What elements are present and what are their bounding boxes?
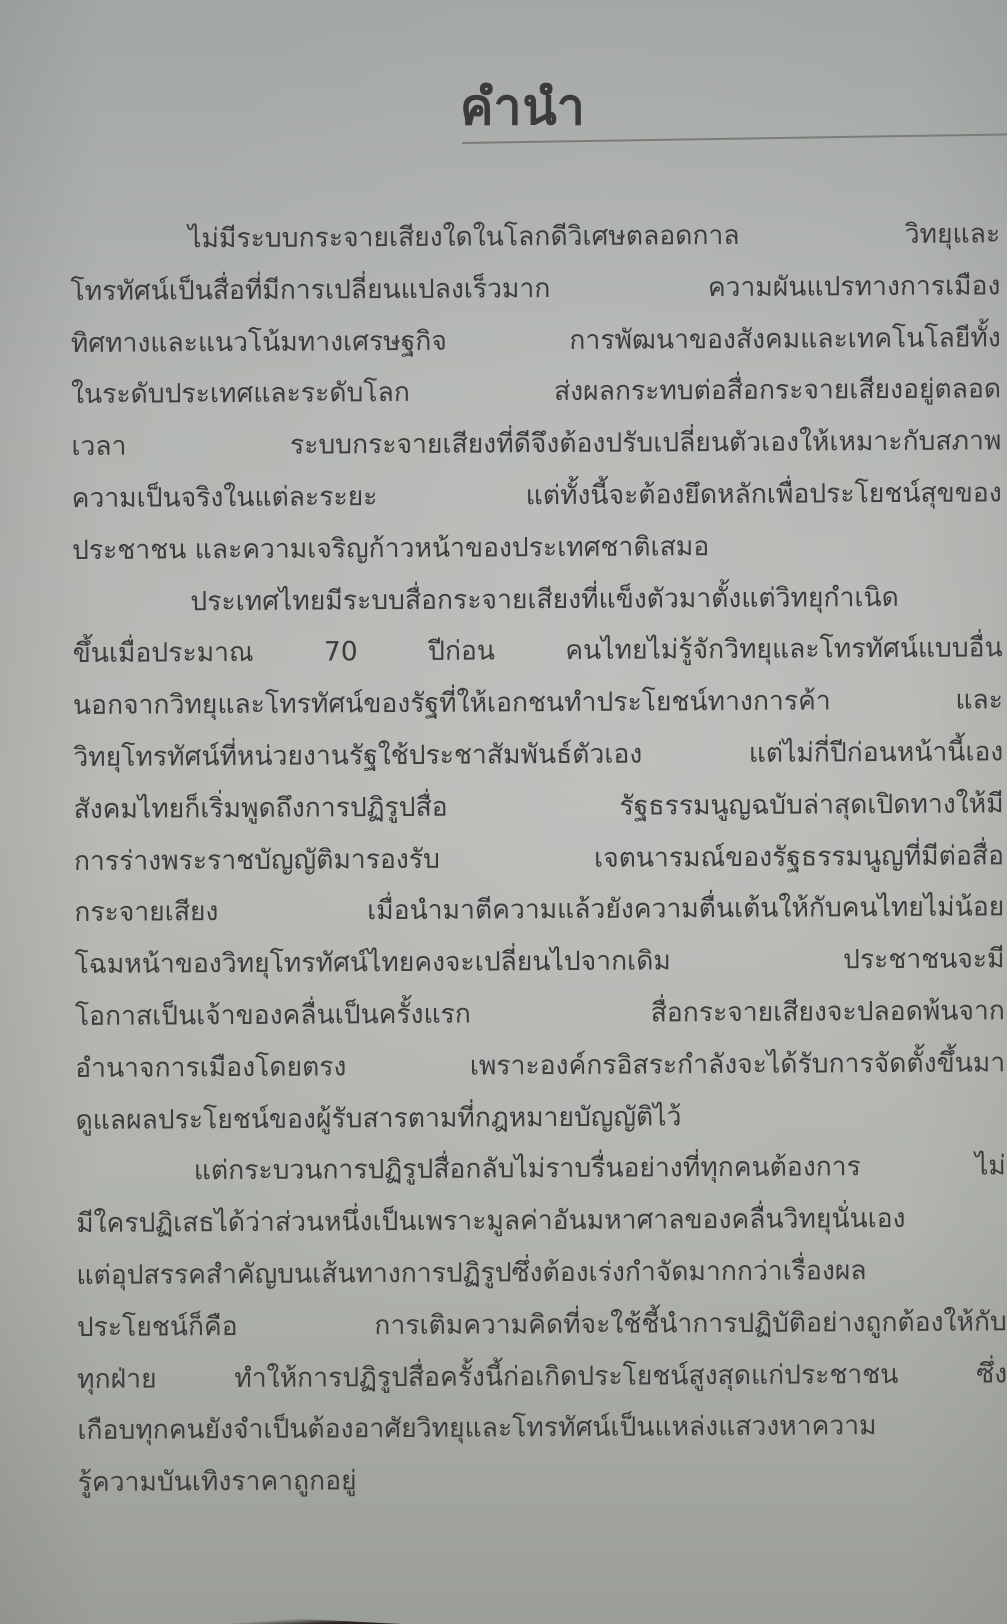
paragraph-2-line-5: สังคมไทยก็เริ่มพูดถึงการปฏิรูปสื่อ รัฐธร… <box>73 778 1003 835</box>
paragraph-2-line-11: ดูแลผลประโยชน์ของผู้รับสารตามที่กฎหมายบั… <box>75 1089 1005 1146</box>
paragraph-2-line-8: โฉมหน้าของวิทยุโทรทัศน์ไทยคงจะเปลี่ยนไปจ… <box>74 933 1004 990</box>
paragraph-3-line-1: แต่กระบวนการปฏิรูปสื่อกลับไม่ราบรื่นอย่า… <box>76 1141 1006 1198</box>
paragraph-2-line-9: โอกาสเป็นเจ้าของคลื่นเป็นครั้งแรก สื่อกร… <box>75 985 1005 1042</box>
paragraph-2-line-6: การร่างพระราชบัญญัติมารองรับ เจตนารมณ์ขอ… <box>74 830 1004 887</box>
paragraph-1-line-7: ประชาชน และความเจริญก้าวหน้าของประเทศชาต… <box>72 519 1002 576</box>
paragraph-1-line-1: ไม่มีระบบกระจายเสียงใดในโลกดีวิเศษตลอดกา… <box>70 208 1000 265</box>
paragraph-1-line-2: โทรทัศน์เป็นสื่อที่มีการเปลี่ยนแปลงเร็วม… <box>70 260 1000 317</box>
paragraph-1-line-5: เวลา ระบบกระจายเสียงที่ดีจึงต้องปรับเปลี… <box>71 416 1001 473</box>
paragraph-1-line-3: ทิศทางและแนวโน้มทางเศรษฐกิจ การพัฒนาของส… <box>71 312 1001 369</box>
paragraph-2-line-10: อำนาจการเมืองโดยตรง เพราะองค์กรอิสระกำลั… <box>75 1037 1005 1094</box>
paragraph-1-line-4: ในระดับประเทศและระดับโลก ส่งผลกระทบต่อสื… <box>71 364 1001 421</box>
paragraph-2-line-7: กระจายเสียง เมื่อนำมาตีความแล้วยังความตื… <box>74 882 1004 939</box>
paragraph-2-line-1: ประเทศไทยมีระบบสื่อกระจายเสียงที่แข็งตัว… <box>72 571 1002 628</box>
paragraph-2-line-4: วิทยุโทรทัศน์ที่หน่วยงานรัฐใช้ประชาสัมพั… <box>73 726 1003 783</box>
paragraph-3-line-3: แต่อุปสรรคสำคัญบนเส้นทางการปฏิรูปซึ่งต้อ… <box>76 1244 1006 1301</box>
paragraph-3-line-4: ประโยชน์ก็คือ การเติมความคิดที่จะใช้ชี้น… <box>77 1296 1007 1353</box>
book-page: คำนำ ไม่มีระบบกระจายเสียงใดในโลกดีวิเศษต… <box>0 0 1007 1624</box>
paragraph-3-line-7: รู้ความบันเทิงราคาถูกอยู่ <box>78 1451 1007 1508</box>
paragraph-2-line-3: นอกจากวิทยุและโทรทัศน์ของรัฐที่ให้เอกชนท… <box>73 674 1003 731</box>
paragraph-1-line-6: ความเป็นจริงในแต่ละระยะ แต่ทั้งนี้จะต้อง… <box>72 467 1002 524</box>
paragraph-3-line-5: ทุกฝ่าย ทำให้การปฏิรูปสื่อครั้งนี้ก่อเกิ… <box>77 1348 1007 1405</box>
page-title: คำนำ <box>460 82 586 132</box>
paragraph-2-line-2: ขึ้นเมื่อประมาณ 70 ปีก่อน คนไทยไม่รู้จัก… <box>73 623 1003 680</box>
paragraph-3-line-2: มีใครปฏิเสธได้ว่าส่วนหนึ่งเป็นเพราะมูลค่… <box>76 1192 1006 1249</box>
preface-body: ไม่มีระบบกระจายเสียงใดในโลกดีวิเศษตลอดกา… <box>70 208 1007 1509</box>
paragraph-3-line-6: เกือบทุกคนยังจำเป็นต้องอาศัยวิทยุและโทรท… <box>77 1400 1007 1457</box>
table-edge-shadow <box>0 1594 1007 1624</box>
